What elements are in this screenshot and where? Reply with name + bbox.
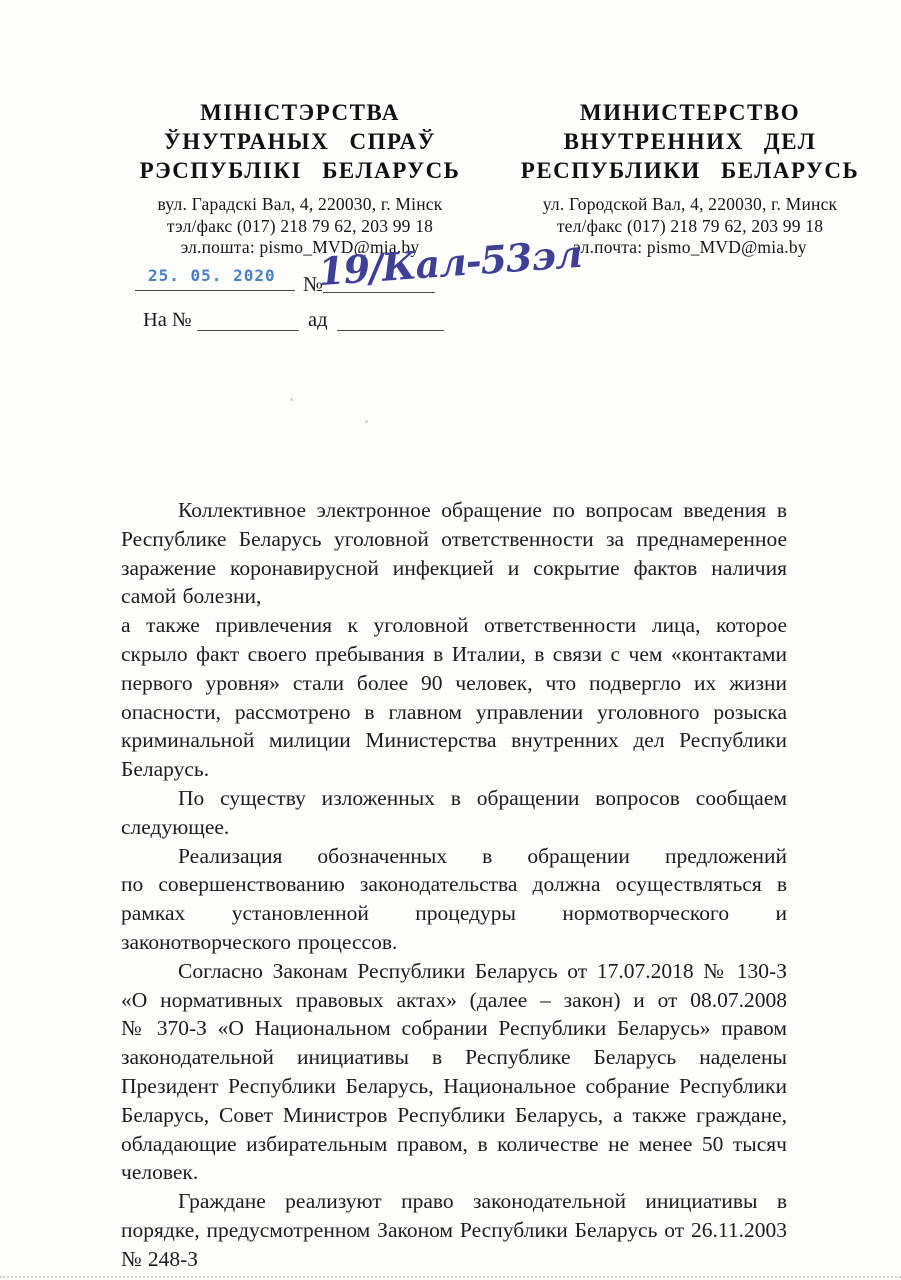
letter-body: Коллективное электронное обращение по во… [121, 496, 787, 1274]
letterhead-belarusian: МІНІСТЭРСТВА ЎНУТРАНЫХ СПРАЎ РЭСПУБЛІКІ … [120, 98, 480, 259]
body-paragraph-4: Реализация обозначенных в обращении пред… [121, 842, 787, 957]
ministry-title-ru-line-3: РЕСПУБЛИКИ БЕЛАРУСЬ [510, 156, 870, 185]
reply-date-underline [337, 330, 444, 331]
body-paragraph-5: Согласно Законам Республики Беларусь от … [121, 957, 787, 1187]
scanned-letter-page: МІНІСТЭРСТВА ЎНУТРАНЫХ СПРАЎ РЭСПУБЛІКІ … [0, 0, 901, 1280]
body-paragraph-3: По существу изложенных в обращении вопро… [121, 784, 787, 842]
ministry-title-be-line-2: ЎНУТРАНЫХ СПРАЎ [120, 127, 480, 156]
scan-artifact-bottom-edge [0, 1276, 901, 1278]
ministry-title-be: МІНІСТЭРСТВА ЎНУТРАНЫХ СПРАЎ РЭСПУБЛІКІ … [120, 98, 480, 185]
date-stamp: 25. 05. 2020 [148, 266, 276, 285]
date-underline [135, 290, 295, 291]
address-be-phone: тэл/факс (017) 218 79 62, 203 99 18 [120, 216, 480, 238]
ministry-title-be-line-1: МІНІСТЭРСТВА [120, 98, 480, 127]
scan-speck [365, 420, 368, 423]
address-ru-street: ул. Городской Вал, 4, 220030, г. Минск [510, 194, 870, 216]
body-paragraph-2: а также привлечения к уголовной ответств… [121, 611, 787, 784]
scan-speck [290, 398, 293, 401]
reply-number-label: На № [143, 309, 192, 332]
body-paragraph-6: Граждане реализуют право законодательной… [121, 1187, 787, 1273]
reply-date-label: ад [308, 309, 328, 332]
reply-number-underline [197, 330, 299, 331]
ministry-title-be-line-3: РЭСПУБЛІКІ БЕЛАРУСЬ [120, 156, 480, 185]
outgoing-number-underline [323, 292, 435, 293]
address-be-street: вул. Гарадскі Вал, 4, 220030, г. Мінск [120, 194, 480, 216]
ministry-title-ru-line-1: МИНИСТЕРСТВО [510, 98, 870, 127]
body-paragraph-1: Коллективное электронное обращение по во… [121, 496, 787, 611]
ministry-title-ru: МИНИСТЕРСТВО ВНУТРЕННИХ ДЕЛ РЕСПУБЛИКИ Б… [510, 98, 870, 185]
ministry-title-ru-line-2: ВНУТРЕННИХ ДЕЛ [510, 127, 870, 156]
